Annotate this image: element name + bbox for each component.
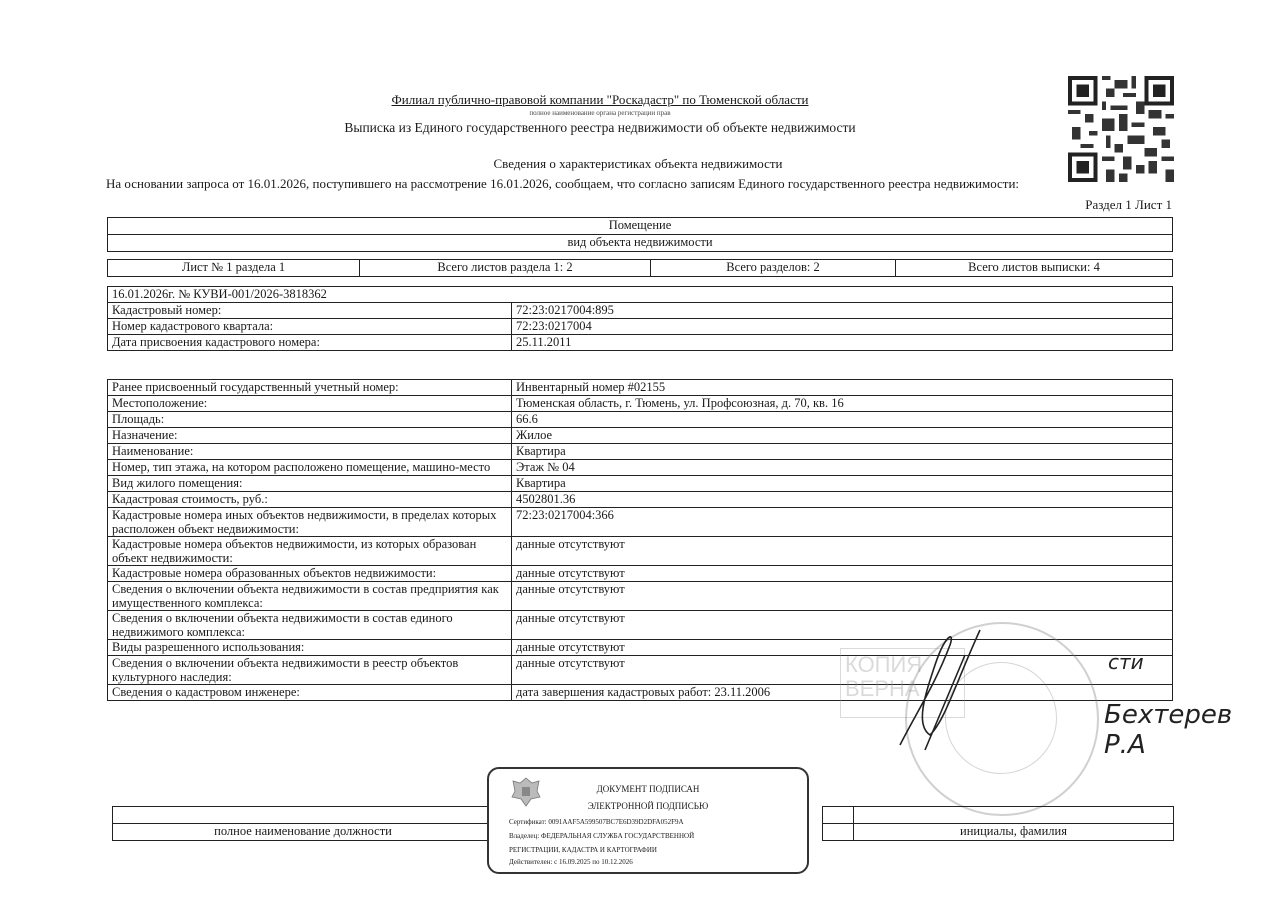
- row-label: Наименование:: [108, 444, 512, 460]
- esig-title-line2: ЭЛЕКТРОННОЙ ПОДПИСЬЮ: [489, 800, 807, 813]
- row-value: Этаж № 04: [512, 460, 1173, 476]
- row-label: Дата присвоения кадастрового номера:: [108, 335, 512, 351]
- row-label: Вид жилого помещения:: [108, 476, 512, 492]
- table-row: Кадастровый номер: 72:23:0217004:895: [108, 303, 1173, 319]
- table-row: Кадастровые номера иных объектов недвижи…: [108, 508, 1173, 537]
- table-row: Кадастровая стоимость, руб.:4502801.36: [108, 492, 1173, 508]
- table-row: Номер, тип этажа, на котором расположено…: [108, 460, 1173, 476]
- electronic-signature-badge: ДОКУМЕНТ ПОДПИСАН ЭЛЕКТРОННОЙ ПОДПИСЬЮ С…: [487, 767, 809, 874]
- row-label: Номер, тип этажа, на котором расположено…: [108, 460, 512, 476]
- section-sheet-label: Раздел 1 Лист 1: [1085, 197, 1172, 213]
- row-value: Квартира: [512, 444, 1173, 460]
- row-value: данные отсутствуют: [512, 582, 1173, 611]
- row-label: Назначение:: [108, 428, 512, 444]
- row-label: Кадастровая стоимость, руб.:: [108, 492, 512, 508]
- esig-owner: Владелец: ФЕДЕРАЛЬНАЯ СЛУЖБА ГОСУДАРСТВЕ…: [509, 830, 694, 843]
- row-label: Кадастровые номера объектов недвижимости…: [108, 537, 512, 566]
- sections-total: Всего разделов: 2: [651, 260, 896, 277]
- name-caption: инициалы, фамилия: [854, 824, 1174, 841]
- table-row: Назначение:Жилое: [108, 428, 1173, 444]
- row-label: Кадастровые номера образованных объектов…: [108, 566, 512, 582]
- table-row: Наименование:Квартира: [108, 444, 1173, 460]
- object-type-caption: вид объекта недвижимости: [108, 235, 1173, 252]
- section-title: Сведения о характеристиках объекта недви…: [0, 156, 1276, 172]
- row-label: Кадастровый номер:: [108, 303, 512, 319]
- object-type: Помещение: [108, 218, 1173, 235]
- table-row: Местоположение:Тюменская область, г. Тюм…: [108, 396, 1173, 412]
- row-label: Площадь:: [108, 412, 512, 428]
- organization-caption: полное наименование органа регистрации п…: [0, 109, 1200, 117]
- row-value: данные отсутствуют: [512, 566, 1173, 582]
- row-value: данные отсутствуют: [512, 537, 1173, 566]
- esig-validity: Действителен: с 16.09.2025 по 10.12.2026: [509, 856, 633, 869]
- organization-name: Филиал публично-правовой компании "Роска…: [0, 92, 1200, 108]
- table-row: Кадастровые номера объектов недвижимости…: [108, 537, 1173, 566]
- identifiers-table: 16.01.2026г. № КУВИ-001/2026-3818362 Кад…: [107, 286, 1173, 351]
- esig-title-line1: ДОКУМЕНТ ПОДПИСАН: [489, 783, 807, 796]
- row-value: 72:23:0217004:366: [512, 508, 1173, 537]
- row-label: Сведения о кадастровом инженере:: [108, 685, 512, 701]
- table-row: Ранее присвоенный государственный учетны…: [108, 380, 1173, 396]
- table-row: Номер кадастрового квартала: 72:23:02170…: [108, 319, 1173, 335]
- row-value: данные отсутствуют: [512, 611, 1173, 640]
- object-type-table: Помещение вид объекта недвижимости: [107, 217, 1173, 252]
- handwritten-name: Бехтерев Р.А: [1104, 700, 1280, 760]
- cadastral-number: 72:23:0217004:895: [512, 303, 1173, 319]
- row-value: Тюменская область, г. Тюмень, ул. Профсо…: [512, 396, 1173, 412]
- row-label: Ранее присвоенный государственный учетны…: [108, 380, 512, 396]
- table-row: Вид жилого помещения:Квартира: [108, 476, 1173, 492]
- row-label: Сведения о включении объекта недвижимост…: [108, 656, 512, 685]
- cadastral-quarter: 72:23:0217004: [512, 319, 1173, 335]
- row-label: Сведения о включении объекта недвижимост…: [108, 611, 512, 640]
- row-label: Сведения о включении объекта недвижимост…: [108, 582, 512, 611]
- position-caption: полное наименование должности: [113, 824, 494, 841]
- row-value: Жилое: [512, 428, 1173, 444]
- table-row: Дата присвоения кадастрового номера: 25.…: [108, 335, 1173, 351]
- row-label: Кадастровые номера иных объектов недвижи…: [108, 508, 512, 537]
- row-label: Виды разрешенного использования:: [108, 640, 512, 656]
- row-value: Квартира: [512, 476, 1173, 492]
- signature-scribble-icon: [895, 625, 985, 755]
- row-value: Инвентарный номер #02155: [512, 380, 1173, 396]
- request-number: 16.01.2026г. № КУВИ-001/2026-3818362: [108, 287, 1173, 303]
- row-label: Номер кадастрового квартала:: [108, 319, 512, 335]
- table-row: Сведения о включении объекта недвижимост…: [108, 582, 1173, 611]
- sheet-number: Лист № 1 раздела 1: [108, 260, 360, 277]
- extract-sheets-total: Всего листов выписки: 4: [896, 260, 1173, 277]
- row-label: Местоположение:: [108, 396, 512, 412]
- assignment-date: 25.11.2011: [512, 335, 1173, 351]
- handwritten-note: сти: [1108, 650, 1144, 674]
- esig-certificate: Сертификат: 0091AAF5A599507BC7E6D39D2DFA…: [509, 816, 684, 829]
- table-row: Кадастровые номера образованных объектов…: [108, 566, 1173, 582]
- section-sheets-total: Всего листов раздела 1: 2: [360, 260, 651, 277]
- extract-title: Выписка из Единого государственного реес…: [0, 120, 1200, 136]
- row-value: 66.6: [512, 412, 1173, 428]
- sheet-meta-table: Лист № 1 раздела 1 Всего листов раздела …: [107, 259, 1173, 277]
- table-row: Площадь:66.6: [108, 412, 1173, 428]
- row-value: 4502801.36: [512, 492, 1173, 508]
- request-basis-text: На основании запроса от 16.01.2026, пост…: [106, 176, 1019, 192]
